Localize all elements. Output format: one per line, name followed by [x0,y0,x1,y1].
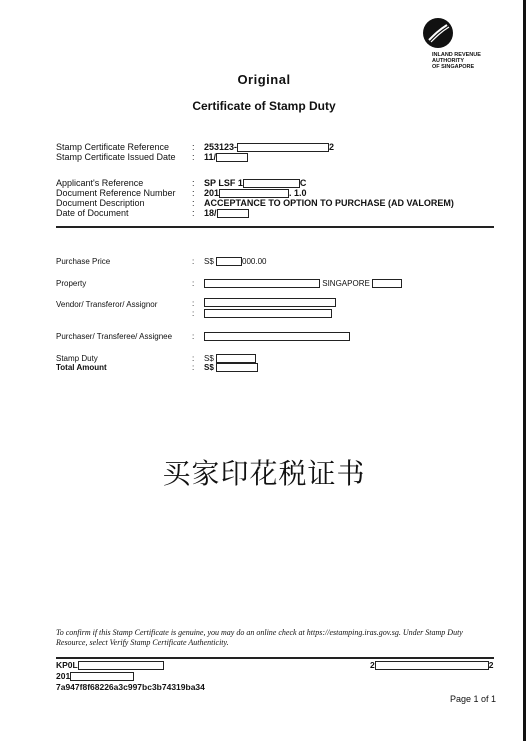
text: 201 [56,671,70,681]
value-vendor-2 [204,308,332,318]
colon: : [192,188,195,198]
label-total: Total Amount [56,363,107,372]
colon: : [192,152,195,162]
text: S$ [204,354,214,363]
value-total: S$ [204,363,258,372]
redaction [372,279,402,288]
value-doc-date: 18/ [204,208,249,218]
text: C [300,178,307,188]
text: SP LSF 1 [204,178,243,188]
text: 11/ [204,152,216,162]
text: 253123- [204,142,237,152]
label-doc-date: Date of Document [56,208,129,218]
divider [56,657,494,659]
label-cert-ref: Stamp Certificate Reference [56,142,169,152]
value-applicant-ref: SP LSF 1C [204,178,306,188]
redaction [219,189,289,198]
text: 201 [204,188,219,198]
redaction [237,143,329,152]
colon: : [192,279,194,288]
label-vendor: Vendor/ Transferor/ Assignor [56,300,157,309]
text: . 1.0 [289,188,307,198]
value-vendor [204,297,336,307]
redaction [243,179,300,188]
colon: : [192,198,195,208]
redaction [204,279,320,288]
value-purchaser [204,331,350,341]
chinese-caption: 买家印花税证书 [0,452,528,492]
redaction [78,661,164,670]
redaction [204,298,336,307]
label-property: Property [56,279,86,288]
label-purchaser: Purchaser/ Transferee/ Assignee [56,332,172,341]
text: S$ [204,257,214,266]
text: 2 [489,660,494,670]
footer-code-2: 201 [56,671,134,681]
colon: : [192,363,194,372]
value-stamp-duty: S$ [204,354,256,363]
value-issued-date: 11/ [204,152,248,162]
divider [56,226,494,228]
value-property: SINGAPORE [204,279,402,288]
iras-logo-icon [423,18,453,48]
footer-code-1: KP0L [56,660,164,670]
value-cert-ref: 253123-2 [204,142,334,152]
label-stamp-duty: Stamp Duty [56,354,98,363]
value-doc-ref: 201. 1.0 [204,188,307,198]
redaction [216,257,242,266]
page-title: Certificate of Stamp Duty [0,99,528,113]
value-doc-description: ACCEPTANCE TO OPTION TO PURCHASE (AD VAL… [204,198,454,208]
colon: : [192,354,194,363]
label-doc-description: Document Description [56,198,145,208]
footer-right-code: 22 [370,660,493,670]
colon: : [192,299,194,308]
text: 000.00 [242,257,266,266]
redaction [216,363,258,372]
text: 2 [329,142,334,152]
redaction [375,661,489,670]
text: KP0L [56,660,78,670]
text: 18/ [204,208,217,218]
authority-line: OF SINGAPORE [432,64,481,70]
colon: : [192,178,195,188]
text: SINGAPORE [322,279,370,288]
redaction [204,332,350,341]
text: S$ [204,363,214,372]
verification-note: To confirm if this Stamp Certificate is … [56,628,496,648]
label-applicant-ref: Applicant's Reference [56,178,143,188]
footer-hash: 7a947f8f68226a3c997bc3b74319ba34 [56,682,205,692]
colon: : [192,257,194,266]
label-doc-ref: Document Reference Number [56,188,176,198]
colon: : [192,332,194,341]
label-purchase-price: Purchase Price [56,257,110,266]
colon: : [192,309,194,318]
copy-type: Original [0,72,528,87]
redaction [204,309,332,318]
redaction [217,209,249,218]
colon: : [192,208,195,218]
authority-name: INLAND REVENUE AUTHORITY OF SINGAPORE [432,52,481,70]
redaction [216,153,248,162]
page-number: Page 1 of 1 [450,694,496,704]
value-purchase-price: S$ 000.00 [204,257,267,266]
redaction [70,672,134,681]
label-issued-date: Stamp Certificate Issued Date [56,152,176,162]
colon: : [192,142,195,152]
